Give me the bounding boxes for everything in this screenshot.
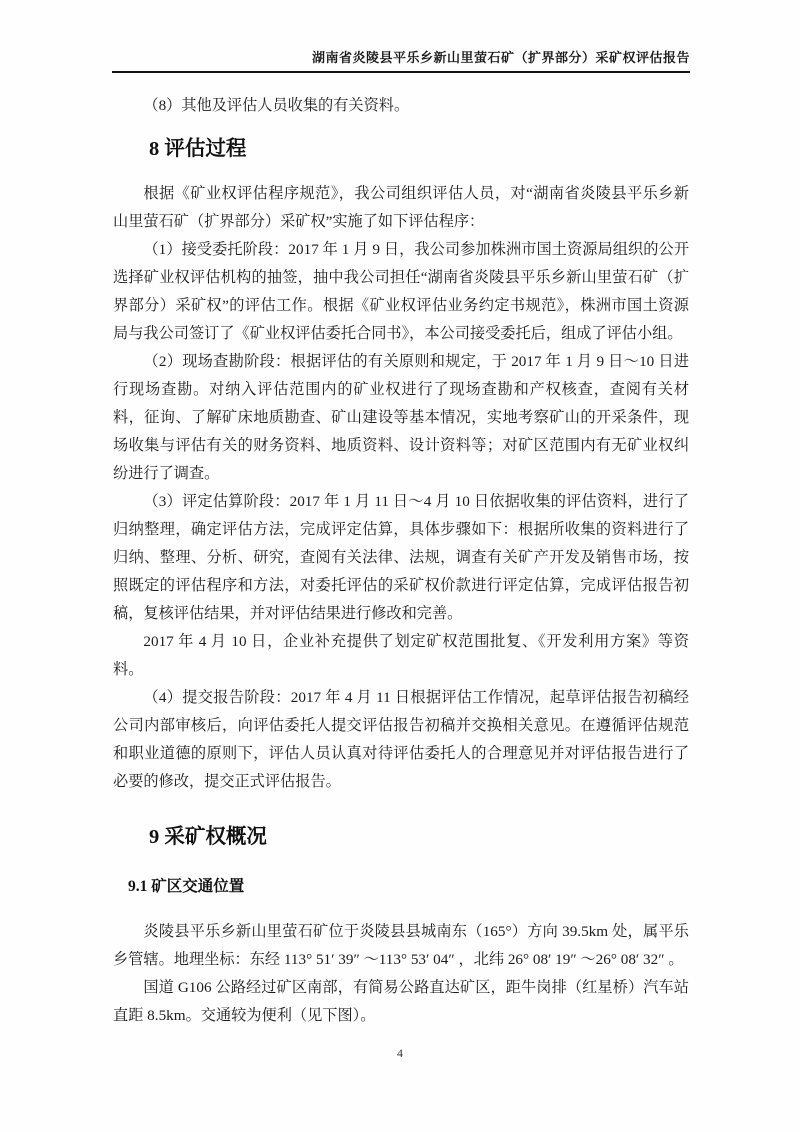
- document-body: （8）其他及评估人员收集的有关资料。 8 评估过程 根据《矿业权评估程序规范》，…: [113, 92, 689, 1030]
- section-8-paragraph-3: （2）现场查勘阶段：根据评估的有关原则和规定，于 2017 年 1 月 9 日～…: [113, 348, 689, 488]
- page-number: 4: [397, 1046, 403, 1060]
- section-8-paragraph-2: （1）接受委托阶段：2017 年 1 月 9 日，我公司参加株洲市国土资源局组织…: [113, 236, 689, 348]
- page-footer: 4: [0, 1044, 800, 1062]
- document-page: 湖南省炎陵县平乐乡新山里萤石矿（扩界部分）采矿权评估报告 （8）其他及评估人员收…: [0, 0, 800, 1132]
- subsection-9-1-paragraph-2: 国道 G106 公路经过矿区南部，有简易公路直达矿区，距牛岗排（红星桥）汽车站直…: [113, 974, 689, 1030]
- subsection-9-1-body: 炎陵县平乐乡新山里萤石矿位于炎陵县县城南东（165°）方向 39.5km 处，属…: [113, 918, 689, 1030]
- section-8-paragraph-1: 根据《矿业权评估程序规范》，我公司组织评估人员，对“湖南省炎陵县平乐乡新山里萤石…: [113, 180, 689, 236]
- section-8-paragraph-5: 2017 年 4 月 10 日，企业补充提供了划定矿权范围批复、《开发利用方案》…: [113, 628, 689, 684]
- section-8-paragraph-4: （3）评定估算阶段：2017 年 1 月 11 日～4 月 10 日依据收集的评…: [113, 488, 689, 628]
- subsection-9-1-heading: 9.1 矿区交通位置: [128, 876, 689, 898]
- section-8-paragraph-6: （4）提交报告阶段：2017 年 4 月 11 日根据评估工作情况，起草评估报告…: [113, 684, 689, 796]
- subsection-9-1-paragraph-1: 炎陵县平乐乡新山里萤石矿位于炎陵县县城南东（165°）方向 39.5km 处，属…: [113, 918, 689, 974]
- header-title: 湖南省炎陵县平乐乡新山里萤石矿（扩界部分）采矿权评估报告: [112, 50, 690, 66]
- section-8-heading: 8 评估过程: [149, 134, 689, 164]
- list-item-8: （8）其他及评估人员收集的有关资料。: [113, 92, 689, 120]
- section-9-heading: 9 采矿权概况: [149, 822, 689, 852]
- page-header: 湖南省炎陵县平乐乡新山里萤石矿（扩界部分）采矿权评估报告: [112, 50, 690, 73]
